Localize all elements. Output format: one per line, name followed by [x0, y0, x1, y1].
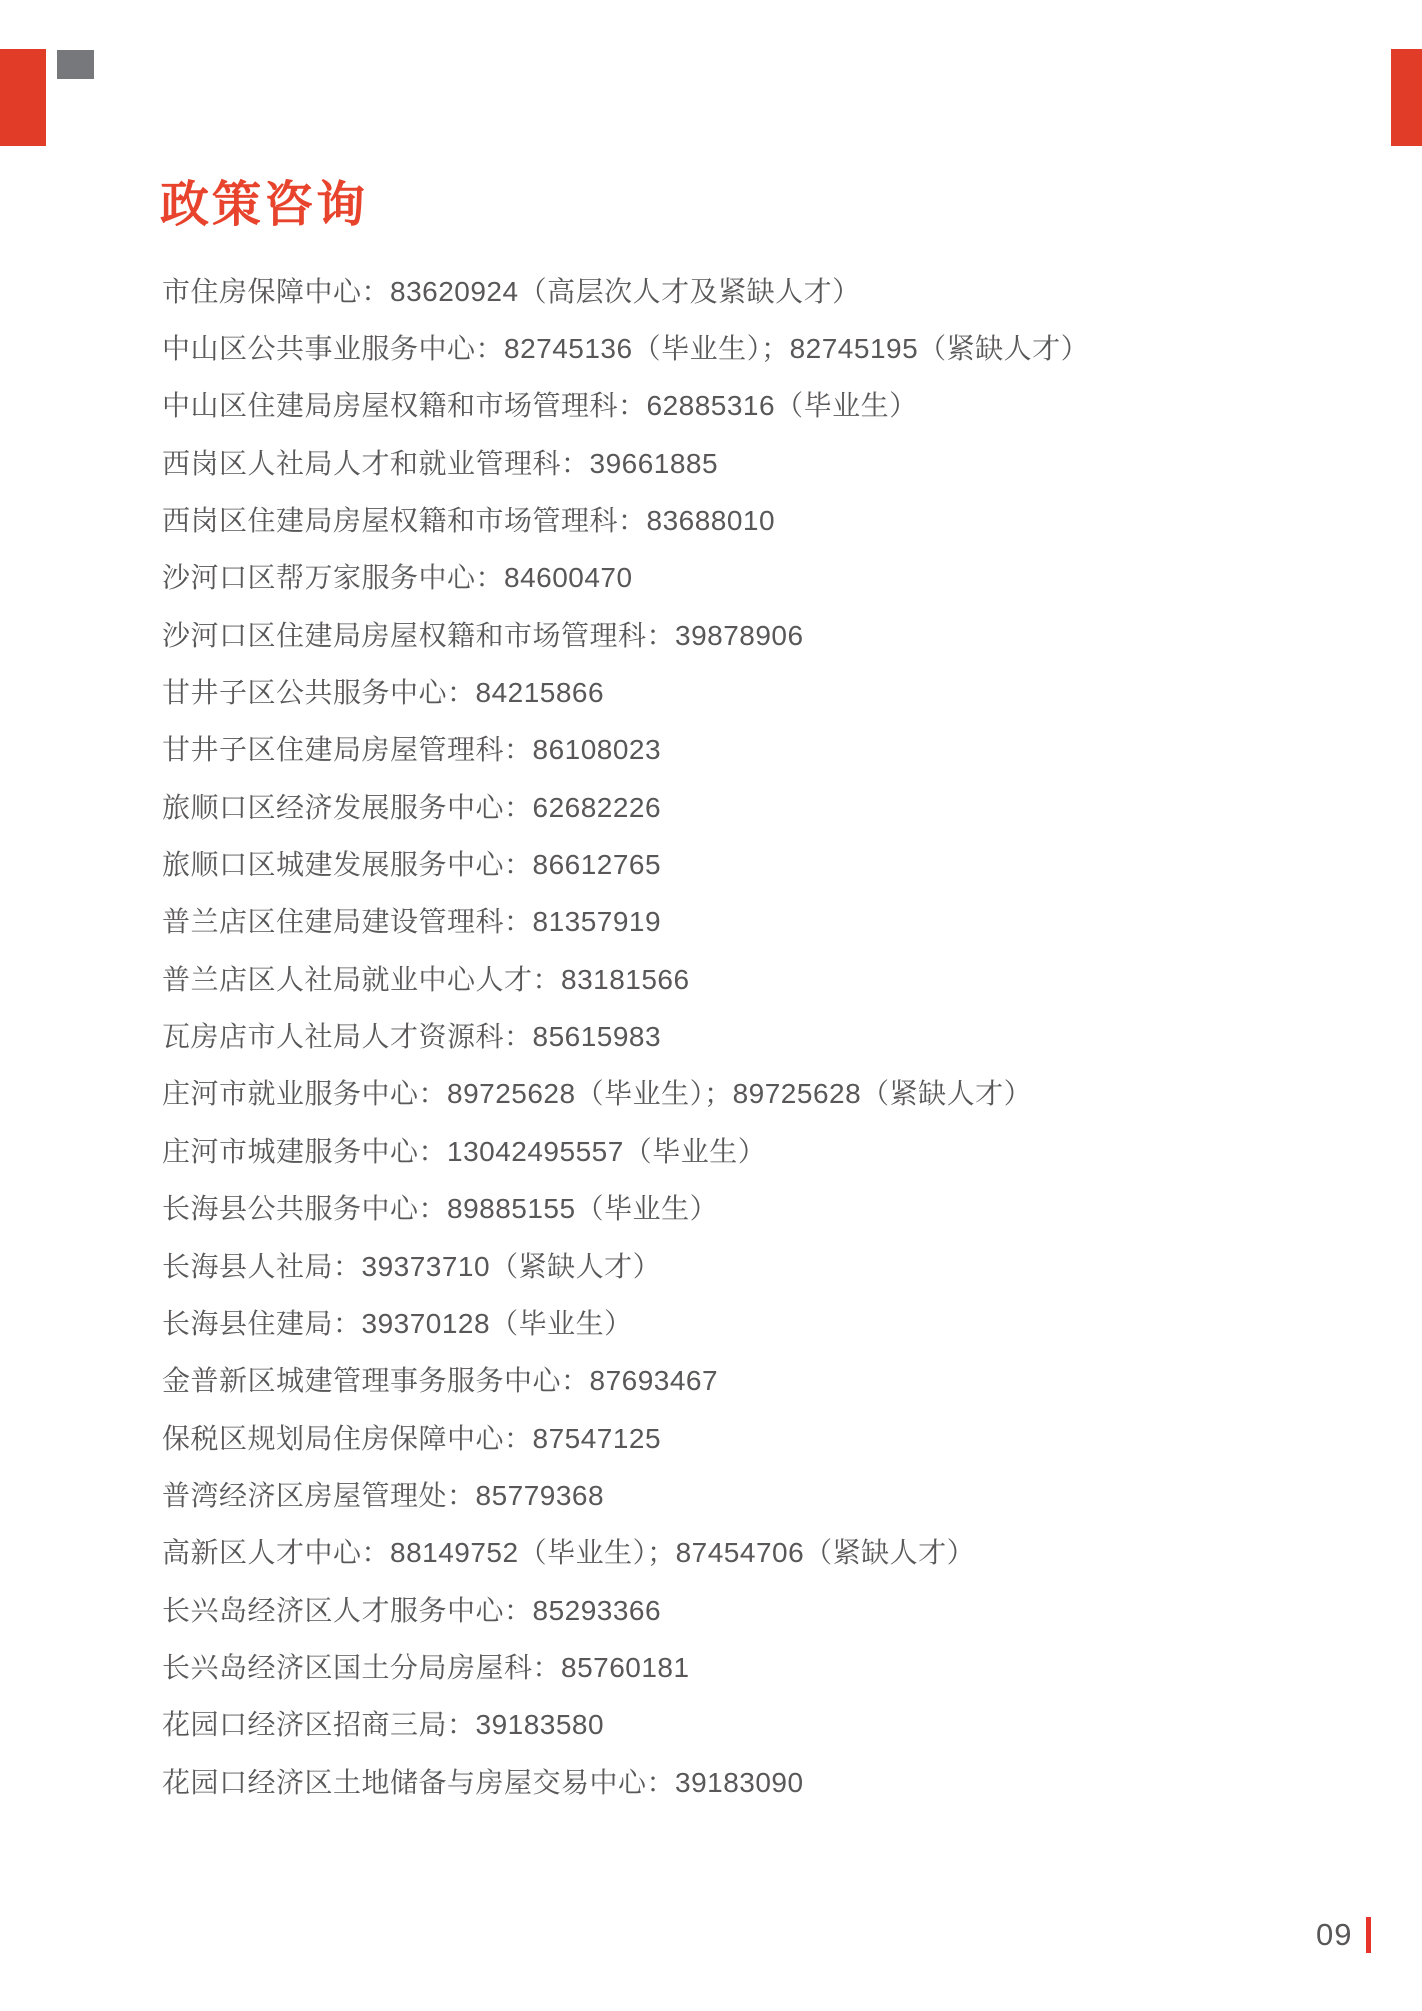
contact-line: 甘井子区住建局房屋管理科：86108023	[162, 720, 1312, 777]
contact-line: 瓦房店市人社局人才资源科：85615983	[162, 1006, 1312, 1063]
contact-line: 普兰店区住建局建设管理科：81357919	[162, 892, 1312, 949]
contact-line: 长海县人社局：39373710（紧缺人才）	[162, 1236, 1312, 1293]
contact-line: 长兴岛经济区国土分局房屋科：85760181	[162, 1637, 1312, 1694]
contact-line: 沙河口区住建局房屋权籍和市场管理科：39878906	[162, 605, 1312, 662]
contact-line: 普兰店区人社局就业中心人才：83181566	[162, 949, 1312, 1006]
contact-line: 甘井子区公共服务中心：84215866	[162, 662, 1312, 719]
contact-line: 金普新区城建管理事务服务中心：87693467	[162, 1351, 1312, 1408]
decorative-gray-square	[57, 50, 94, 79]
decorative-red-block-left	[0, 49, 46, 146]
contact-line: 长海县公共服务中心：89885155（毕业生）	[162, 1179, 1312, 1236]
page-number-accent-bar	[1366, 1917, 1371, 1953]
contact-line: 中山区住建局房屋权籍和市场管理科：62885316（毕业生）	[162, 376, 1312, 433]
page-footer: 09	[1316, 1916, 1371, 1954]
contact-line: 长海县住建局：39370128（毕业生）	[162, 1293, 1312, 1350]
contact-line: 庄河市就业服务中心：89725628（毕业生）；89725628（紧缺人才）	[162, 1064, 1312, 1121]
contact-line: 市住房保障中心：83620924（高层次人才及紧缺人才）	[162, 261, 1312, 318]
contact-line: 花园口经济区招商三局：39183580	[162, 1695, 1312, 1752]
contact-line: 高新区人才中心：88149752（毕业生）；87454706（紧缺人才）	[162, 1523, 1312, 1580]
contact-line: 普湾经济区房屋管理处：85779368	[162, 1465, 1312, 1522]
contact-line: 西岗区人社局人才和就业管理科：39661885	[162, 433, 1312, 490]
contact-line: 保税区规划局住房保障中心：87547125	[162, 1408, 1312, 1465]
page-number: 09	[1316, 1916, 1352, 1954]
contact-line: 长兴岛经济区人才服务中心：85293366	[162, 1580, 1312, 1637]
contact-line: 西岗区住建局房屋权籍和市场管理科：83688010	[162, 490, 1312, 547]
contact-line: 花园口经济区土地储备与房屋交易中心：39183090	[162, 1752, 1312, 1809]
page-title: 政策咨询	[160, 180, 368, 232]
contact-line: 沙河口区帮万家服务中心：84600470	[162, 548, 1312, 605]
decorative-red-block-right	[1391, 49, 1422, 146]
contact-line: 旅顺口区经济发展服务中心：62682226	[162, 777, 1312, 834]
contact-line: 庄河市城建服务中心：13042495557（毕业生）	[162, 1121, 1312, 1178]
contact-line: 中山区公共事业服务中心：82745136（毕业生）；82745195（紧缺人才）	[162, 318, 1312, 375]
contact-list: 市住房保障中心：83620924（高层次人才及紧缺人才）中山区公共事业服务中心：…	[162, 261, 1312, 1809]
document-page: 政策咨询 市住房保障中心：83620924（高层次人才及紧缺人才）中山区公共事业…	[0, 0, 1422, 2011]
contact-line: 旅顺口区城建发展服务中心：86612765	[162, 834, 1312, 891]
